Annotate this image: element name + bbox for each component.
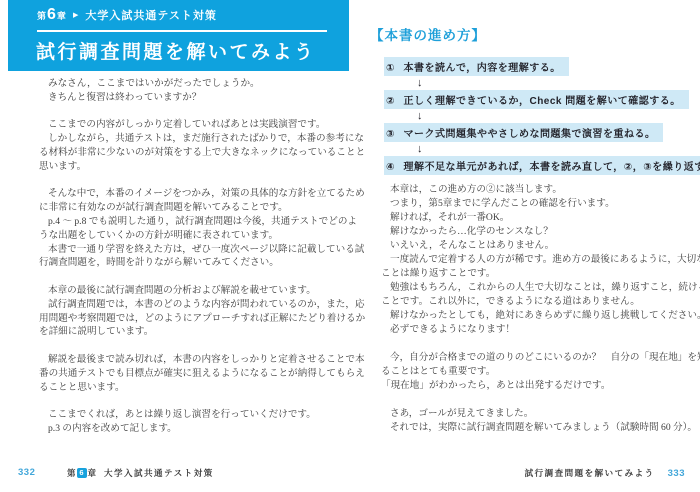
page-number-right: 333 xyxy=(668,468,685,479)
footer-chapter-suffix: 章 xyxy=(88,467,97,479)
page-title: 試行調査問題を解いてみよう xyxy=(36,37,316,64)
triangle-separator-icon: ▶ xyxy=(73,11,78,19)
footer-chapter-prefix: 第 xyxy=(67,467,76,479)
book-spread: { "colors": { "header_blue": "#0fa2de", … xyxy=(0,0,700,492)
step-text: 理解不足な単元があれば，本書を読み直して，②，③を繰り返す。 xyxy=(403,162,700,173)
text-line: さあ，ゴールが見えてきました。 xyxy=(381,407,683,421)
text-line: 行調査問題を，時間を計りながら解いてみてください。 xyxy=(39,256,335,270)
step-text: 正しく理解できているか，Check 問題を解いて確認する。 xyxy=(403,96,680,107)
step-highlight: ④理解不足な単元があれば，本書を読み直して，②，③を繰り返す。 xyxy=(384,156,700,175)
text-line: 必ずできるようになります！ xyxy=(381,323,683,337)
right-footer-label: 試行調査問題を解いてみよう xyxy=(525,467,655,479)
text-line: それでは，実際に試行調査問題を解いてみましょう（試験時間 60 分）。 xyxy=(381,421,683,435)
text-line: 思います。 xyxy=(39,160,335,174)
text-line: しかしながら，共通テストは，まだ施行されたばかりで，本番の参考にな xyxy=(39,132,335,146)
right-footer: 試行調査問題を解いてみよう 333 xyxy=(525,467,685,479)
left-footer-chapter-label: 第 6 章 大学入試共通テスト対策 xyxy=(67,467,214,479)
text-line: ることはとても重要です。 xyxy=(381,365,683,379)
chapter-number-badge: 6 xyxy=(77,468,87,478)
step-highlight: ①本書を読んで，内容を理解する。 xyxy=(384,57,569,76)
text-line: うな出題をしていくかの方針が明確に表されています。 xyxy=(39,229,335,243)
left-page-body-text: みなさん，ここまではいかがだったでしょうか。きちんと復習は終わっていますか？ここ… xyxy=(39,77,335,436)
text-line: ここまでくれば，あとは繰り返し演習を行っていくだけです。 xyxy=(39,408,335,422)
text-line: 勉強はもちろん，これからの人生で大切なことは，繰り返すこと，続ける xyxy=(381,281,683,295)
right-page-body-text: 本章は，この進め方の②に該当します。つまり，第5章までに学んだことの確認を行いま… xyxy=(381,183,683,435)
step-number: ② xyxy=(386,96,394,107)
text-line: に非常に有効なのが試行調査問題を解いてみることです。 xyxy=(39,201,335,215)
text-line: 番の共通テストでも目標点が確実に狙えるようになることが納得してもらえ xyxy=(39,367,335,381)
text-line: みなさん，ここまではいかがだったでしょうか。 xyxy=(39,77,335,91)
text-line: p.3 の内容を改めて記します。 xyxy=(39,422,335,436)
text-line: きちんと復習は終わっていますか？ xyxy=(39,91,335,105)
text-line: 一度読んで定着する人の方が稀です。進め方の最後にあるように，大切な xyxy=(381,253,683,267)
step-row: ①本書を読んで，内容を理解する。 xyxy=(384,57,700,76)
chapter-prefix: 第 xyxy=(37,9,46,22)
chapter-suffix: 章 xyxy=(57,9,66,22)
text-line: いえいえ，そんなことはありません。 xyxy=(381,239,683,253)
chapter-label: 第 6 章 ▶ 大学入試共通テスト対策 xyxy=(37,7,217,23)
chapter-number: 6 xyxy=(47,7,56,23)
step-number: ① xyxy=(386,63,394,74)
step-text: 本書を読んで，内容を理解する。 xyxy=(403,63,560,74)
step-highlight: ②正しく理解できているか，Check 問題を解いて確認する。 xyxy=(384,90,689,109)
left-footer: 332 xyxy=(18,467,35,478)
text-line: 解説を最後まで読み切れば，本書の内容をしっかりと定着させることで本 xyxy=(39,353,335,367)
text-line: ことです。これ以外に，できるようになる道はありません。 xyxy=(381,295,683,309)
footer-chapter-title: 大学入試共通テスト対策 xyxy=(104,467,214,479)
chapter-header-box: 第 6 章 ▶ 大学入試共通テスト対策 試行調査問題を解いてみよう xyxy=(8,0,349,71)
text-line: を詳細に説明しています。 xyxy=(39,325,335,339)
step-row: ③マーク式問題集ややさしめな問題集で演習を重ねる。 xyxy=(384,123,700,142)
step-row: ④理解不足な単元があれば，本書を読み直して，②，③を繰り返す。 xyxy=(384,156,700,175)
text-line: つまり，第5章までに学んだことの確認を行います。 xyxy=(381,197,683,211)
text-line: 解ければ，それが一番OK。 xyxy=(381,211,683,225)
text-line: 本書で一通り学習を終えた方は，ぜひ一度次ページ以降に記載している試 xyxy=(39,243,335,257)
text-line: 「現在地」がわかったら，あとは出発するだけです。 xyxy=(381,379,683,393)
step-row: ②正しく理解できているか，Check 問題を解いて確認する。 xyxy=(384,90,700,109)
down-arrow-icon: ↓ xyxy=(384,109,700,123)
text-line: 今，自分が合格までの道のりのどこにいるのか？ 自分の「現在地」を知 xyxy=(381,351,683,365)
step-text: マーク式問題集ややさしめな問題集で演習を重ねる。 xyxy=(403,129,655,140)
down-arrow-icon: ↓ xyxy=(384,142,700,156)
down-arrow-icon: ↓ xyxy=(384,76,700,90)
text-line: 試行調査問題では，本書のどのような内容が問われているのか，また，応 xyxy=(39,298,335,312)
text-line: 本章の最後に試行調査問題の分析および解説を載せています。 xyxy=(39,284,335,298)
page-number-left: 332 xyxy=(18,467,35,478)
text-line: る材料が非常に少ないのが対策をする上で大きなネックになっていることと xyxy=(39,146,335,160)
step-number: ③ xyxy=(386,129,394,140)
text-line: p.4 ～ p.8 でも説明した通り，試行調査問題は今後，共通テストでどのよ xyxy=(39,215,335,229)
section-title: 【本書の進め方】 xyxy=(370,24,486,44)
step-highlight: ③マーク式問題集ややさしめな問題集で演習を重ねる。 xyxy=(384,123,663,142)
chapter-title: 大学入試共通テスト対策 xyxy=(85,7,217,23)
text-line: ことは繰り返すことです。 xyxy=(381,267,683,281)
header-divider xyxy=(37,30,327,32)
text-line: 用問題や考察問題では，どのようにアプローチすれば正解にたどり着けるか xyxy=(39,312,335,326)
steps-list: ①本書を読んで，内容を理解する。↓②正しく理解できているか，Check 問題を解… xyxy=(384,57,700,175)
text-line: 解けなかったら…化学のセンスなし？ xyxy=(381,225,683,239)
text-line: 解けなかったとしても，絶対にあきらめずに繰り返し挑戦してください。 xyxy=(381,309,683,323)
text-line: ることと思います。 xyxy=(39,381,335,395)
text-line: そんな中で，本番のイメージをつかみ，対策の具体的な方針を立てるため xyxy=(39,187,335,201)
step-number: ④ xyxy=(386,162,394,173)
text-line: ここまでの内容がしっかり定着していればあとは実践演習です。 xyxy=(39,118,335,132)
text-line: 本章は，この進め方の②に該当します。 xyxy=(381,183,683,197)
